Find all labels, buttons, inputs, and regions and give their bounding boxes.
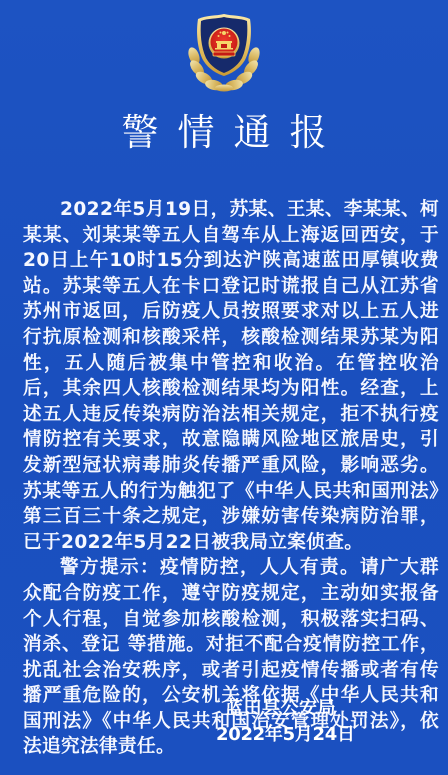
- notice-body: 2022年5月19日，苏某、王某、李某某、柯某某、刘某某等五人自驾车从上海返回西…: [23, 197, 439, 760]
- page-title: 警情通报: [0, 111, 448, 155]
- issue-date: 2022年5月24日: [216, 722, 355, 748]
- paragraph-incident: 2022年5月19日，苏某、王某、李某某、柯某某、刘某某等五人自驾车从上海返回西…: [23, 197, 439, 555]
- issuing-organization: 蓝田县公安局: [225, 696, 325, 722]
- police-badge-icon: [182, 12, 266, 92]
